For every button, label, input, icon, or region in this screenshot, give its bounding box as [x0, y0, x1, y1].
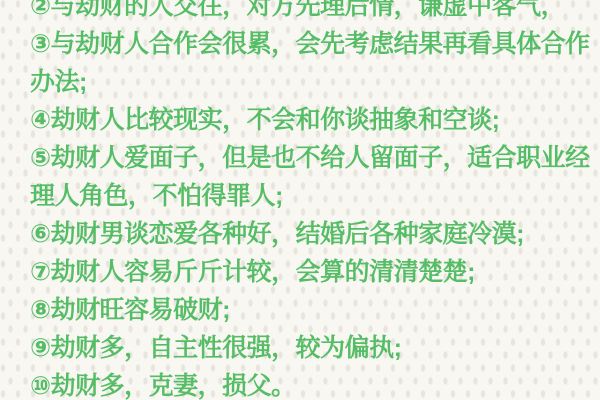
text-line: ⑦劫财人容易斤斤计较，会算的清清楚楚;: [30, 253, 590, 291]
list-text: ②与劫财的人交往，对方先理后情，谦虚中客气，③与劫财人合作会很累，会先考虑结果再…: [30, 0, 590, 400]
text-line: ⑤劫财人爱面子，但是也不给人留面子，适合职业经: [30, 139, 590, 177]
text-line: ②与劫财的人交往，对方先理后情，谦虚中客气，: [30, 0, 590, 25]
text-line: 理人角色，不怕得罪人;: [30, 177, 590, 215]
text-line: ⑨劫财多，自主性很强，较为偏执;: [30, 329, 590, 367]
text-line: ③与劫财人合作会很累，会先考虑结果再看具体合作: [30, 25, 590, 63]
text-line: ⑥劫财男谈恋爱各种好，结婚后各种家庭冷漠;: [30, 215, 590, 253]
text-line: ⑧劫财旺容易破财;: [30, 291, 590, 329]
text-line: 办法;: [30, 63, 590, 101]
article-page: ②与劫财的人交往，对方先理后情，谦虚中客气，③与劫财人合作会很累，会先考虑结果再…: [0, 0, 600, 400]
text-line: ④劫财人比较现实，不会和你谈抽象和空谈;: [30, 101, 590, 139]
text-line: ⑩劫财多，克妻，损父。: [30, 367, 590, 400]
